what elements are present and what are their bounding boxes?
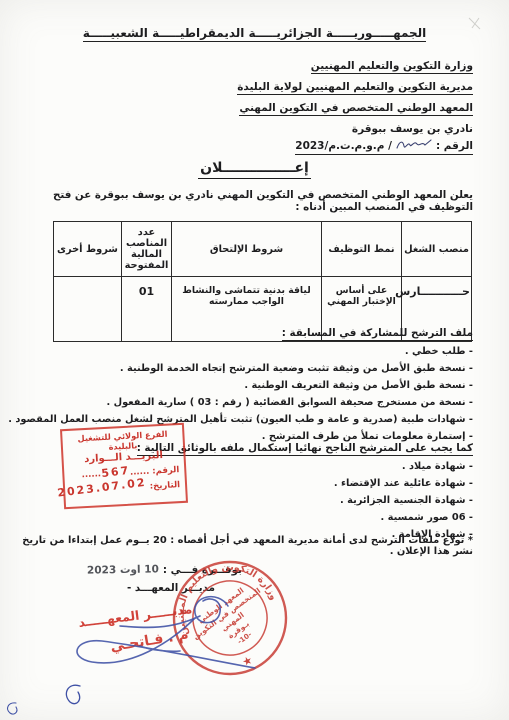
director-signature — [50, 588, 265, 693]
list-item: - نسخة طبق الأصل من وثيقة تثبت وضعية الم… — [8, 363, 473, 376]
header-conditions: شروط الإلتحاق — [172, 222, 322, 277]
header-recruitment-mode: نمط التوظيف — [322, 222, 402, 277]
institute-name-line: نادري بن يوسف ببوقرة — [352, 123, 473, 135]
recruitment-table: منصب الشغل نمط التوظيف شروط الإلتحاق عدد… — [53, 221, 472, 342]
reference-line: الرقم : / م.و.م.ت.م/2023 — [295, 137, 473, 155]
republic-title: الجمهـــــوريـــــة الجزائريـــــة الديم… — [0, 26, 509, 40]
incoming-mail-num-label: الرقم: — [152, 465, 180, 476]
incoming-mail-date-label: التاريخ: — [149, 480, 180, 492]
list-item: - طلب خطي . — [8, 346, 473, 359]
announcement-title: إعـــــــــــــــلان — [0, 160, 509, 176]
list-item: - نسخة من مستخرج صحيفة السوابق القضائية … — [8, 397, 473, 410]
handwritten-ref-scribble-icon — [395, 137, 433, 152]
header-job-title: منصب الشغل — [402, 222, 472, 277]
list-item: - 06 صور شمسية . — [8, 512, 473, 525]
header-open-positions: عدد المناصب المالية المفتوحة — [122, 222, 172, 277]
header-other-conditions: شروط أخرى — [54, 222, 122, 277]
directorate-line: مديرية التكوين والتعليم المهنيين لولاية … — [237, 81, 473, 95]
dossier-heading: ملف الترشح للمشاركة في المسابقة : — [282, 327, 473, 341]
org-header-block: وزارة التكوين والتعليم المهنيين مديرية ا… — [237, 56, 473, 140]
intro-text: يعلن المعهد الوطني المتخصص في التكوين ال… — [12, 189, 473, 213]
institute-line: المعهد الوطني المتخصص في التكوين المهني — [239, 102, 473, 116]
date-stamp: 10 اوت 2023 — [87, 563, 159, 576]
ref-code: / م.و.م.ت.م/2023 — [295, 140, 392, 152]
ministry-line: وزارة التكوين والتعليم المهنيين — [311, 60, 473, 74]
republic-title-text: الجمهـــــوريـــــة الجزائريـــــة الديم… — [83, 26, 427, 42]
incoming-mail-stamp: الفرع الولائي للتشغيل بالبليدة البريـــد… — [60, 423, 188, 509]
ref-label: الرقم : — [436, 140, 473, 152]
scanned-announcement-document: الجمهـــــوريـــــة الجزائريـــــة الديم… — [0, 0, 509, 720]
list-item: - شهادات طبية (صدرية و عامة و طب العيون)… — [8, 414, 473, 427]
final-docs-heading: كما يجب على المترشح الناجح نهائيا إستكما… — [137, 442, 473, 456]
corner-pen-mark-icon — [2, 700, 22, 718]
list-item: - نسخة طبق الأصل من وثيقة التعريف الوطني… — [8, 380, 473, 393]
faint-scan-mark-icon — [466, 14, 484, 34]
table-header-row: منصب الشغل نمط التوظيف شروط الإلتحاق عدد… — [54, 222, 472, 277]
